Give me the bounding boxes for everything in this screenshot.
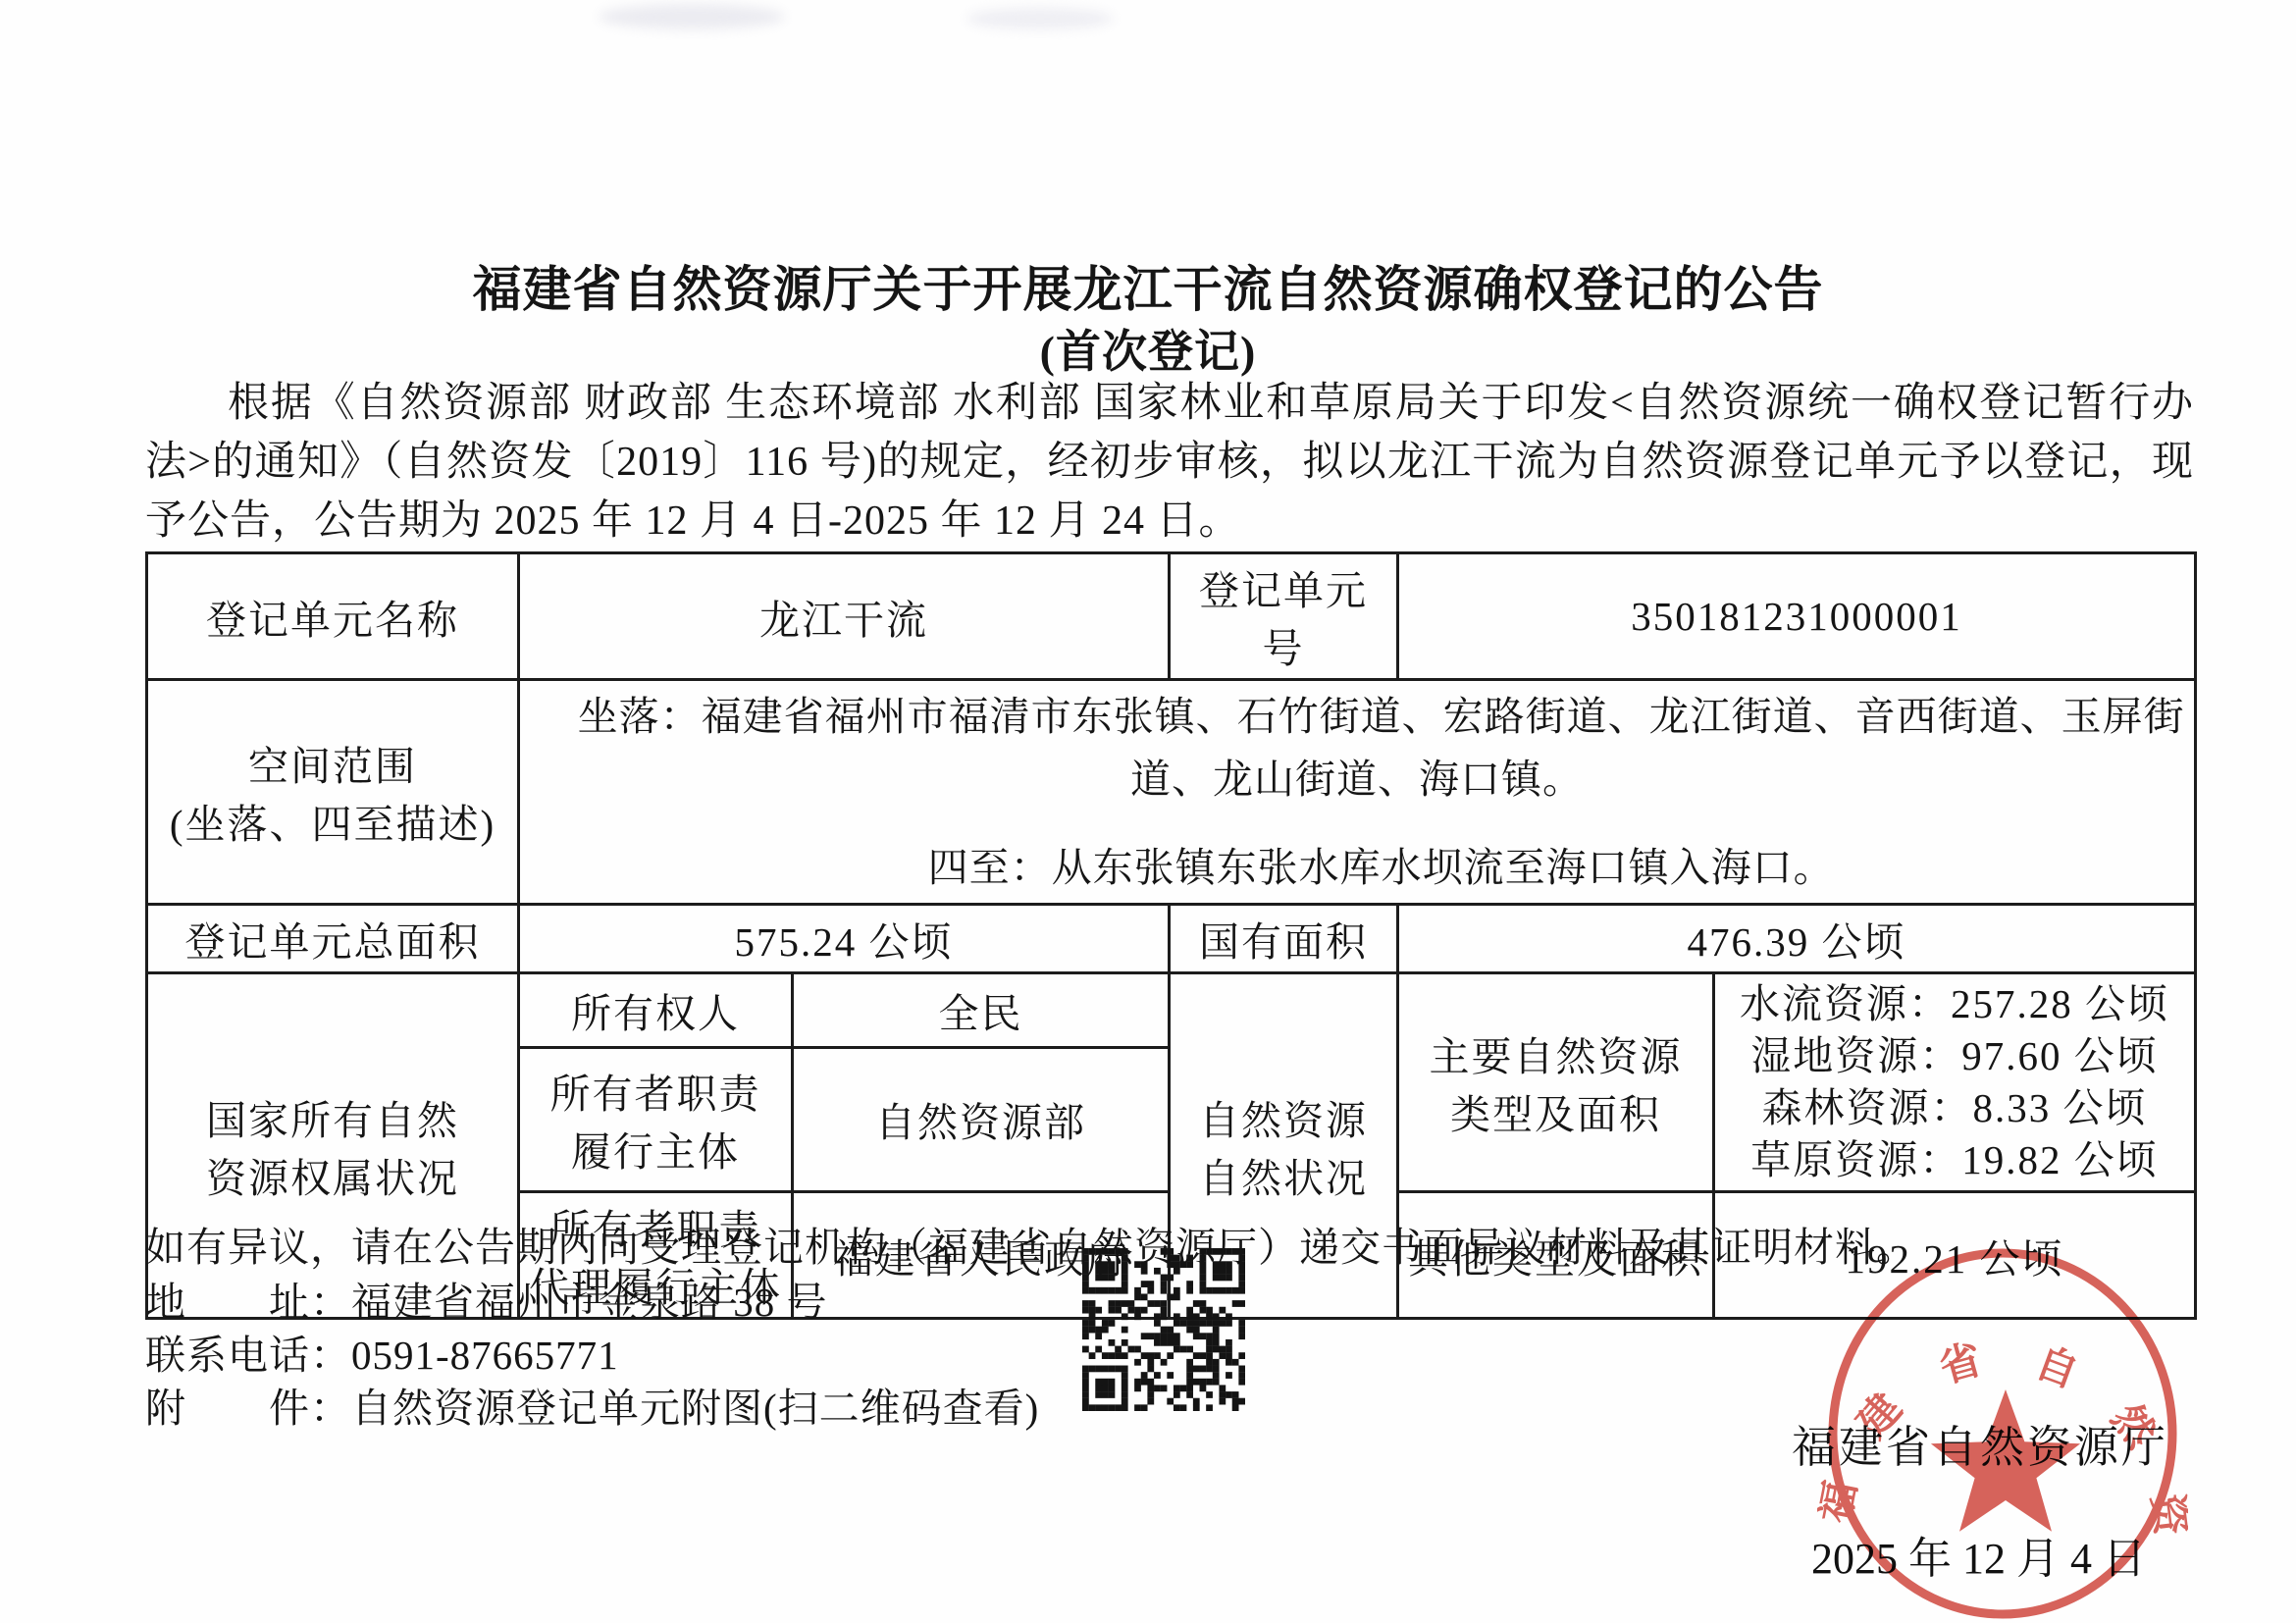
duty-performer-label: 所有者职责 履行主体	[519, 1047, 793, 1191]
main-resource-values: 水流资源：257.28 公顷 湿地资源：97.60 公顷 森林资源：8.33 公…	[1714, 973, 2196, 1192]
intro-paragraph: 根据《自然资源部 财政部 生态环境部 水利部 国家林业和草原局关于印发<自然资源…	[145, 374, 2194, 550]
main-resource-label: 主要自然资源 类型及面积	[1398, 973, 1714, 1192]
duty-performer-value: 自然资源部	[793, 1047, 1170, 1191]
owner-label: 所有权人	[519, 973, 793, 1048]
unit-number-label: 登记单元号	[1170, 553, 1398, 680]
scope-description-cell: 坐落：福建省福州市福清市东张镇、石竹街道、宏路街道、龙江街道、音西街道、玉屏街道…	[519, 680, 2196, 905]
total-area-value: 575.24 公顷	[519, 905, 1170, 973]
document-page: 福建省自然资源厅关于开展龙江干流自然资源确权登记的公告 (首次登记) 根据《自然…	[0, 0, 2296, 1623]
state-area-label: 国有面积	[1170, 905, 1398, 973]
address-line: 地 址：福建省福州市金泉路 38 号	[145, 1270, 828, 1328]
qr-code	[1082, 1248, 1245, 1411]
objection-notice: 如有异议，请在公告期内向受理登记机构（福建省自然资源厅）递交书面异议材料及其证明…	[145, 1215, 1917, 1273]
registration-table: 登记单元名称 龙江干流 登记单元号 350181231000001 空间范围 (…	[145, 551, 2197, 1320]
attachment-line: 附 件：自然资源登记单元附图(扫二维码查看)	[145, 1376, 1039, 1434]
state-area-value: 476.39 公顷	[1398, 905, 2196, 973]
scope-zuoluo-text: 坐落：福建省福州市福清市东张镇、石竹街道、宏路街道、龙江街道、音西街道、玉屏街道…	[528, 685, 2186, 811]
page-subtitle: (首次登记)	[0, 316, 2296, 381]
unit-name-value: 龙江干流	[519, 553, 1170, 680]
signature-date: 2025 年 12 月 4 日	[1811, 1523, 2145, 1586]
scope-sizhi-text: 四至：从东张镇东张水库水坝流至海口镇入海口。	[528, 836, 2186, 899]
scan-artifact	[599, 4, 785, 29]
page-title: 福建省自然资源厅关于开展龙江干流自然资源确权登记的公告	[0, 250, 2296, 321]
total-area-label: 登记单元总面积	[147, 905, 519, 973]
table-row: 国家所有自然 资源权属状况 所有权人 全民 自然资源 自然状况 主要自然资源 类…	[147, 973, 2196, 1048]
scan-artifact	[966, 8, 1114, 29]
owner-value: 全民	[793, 973, 1170, 1048]
phone-line: 联系电话：0591-87665771	[145, 1323, 619, 1381]
table-row: 登记单元名称 龙江干流 登记单元号 350181231000001	[147, 553, 2196, 680]
unit-name-label: 登记单元名称	[147, 553, 519, 680]
table-row: 空间范围 (坐落、四至描述) 坐落：福建省福州市福清市东张镇、石竹街道、宏路街道…	[147, 680, 2196, 905]
scope-label: 空间范围 (坐落、四至描述)	[147, 680, 519, 905]
signature-organization: 福建省自然资源厅	[1792, 1411, 2155, 1475]
table-row: 登记单元总面积 575.24 公顷 国有面积 476.39 公顷	[147, 905, 2196, 973]
unit-number-value: 350181231000001	[1398, 553, 2196, 680]
